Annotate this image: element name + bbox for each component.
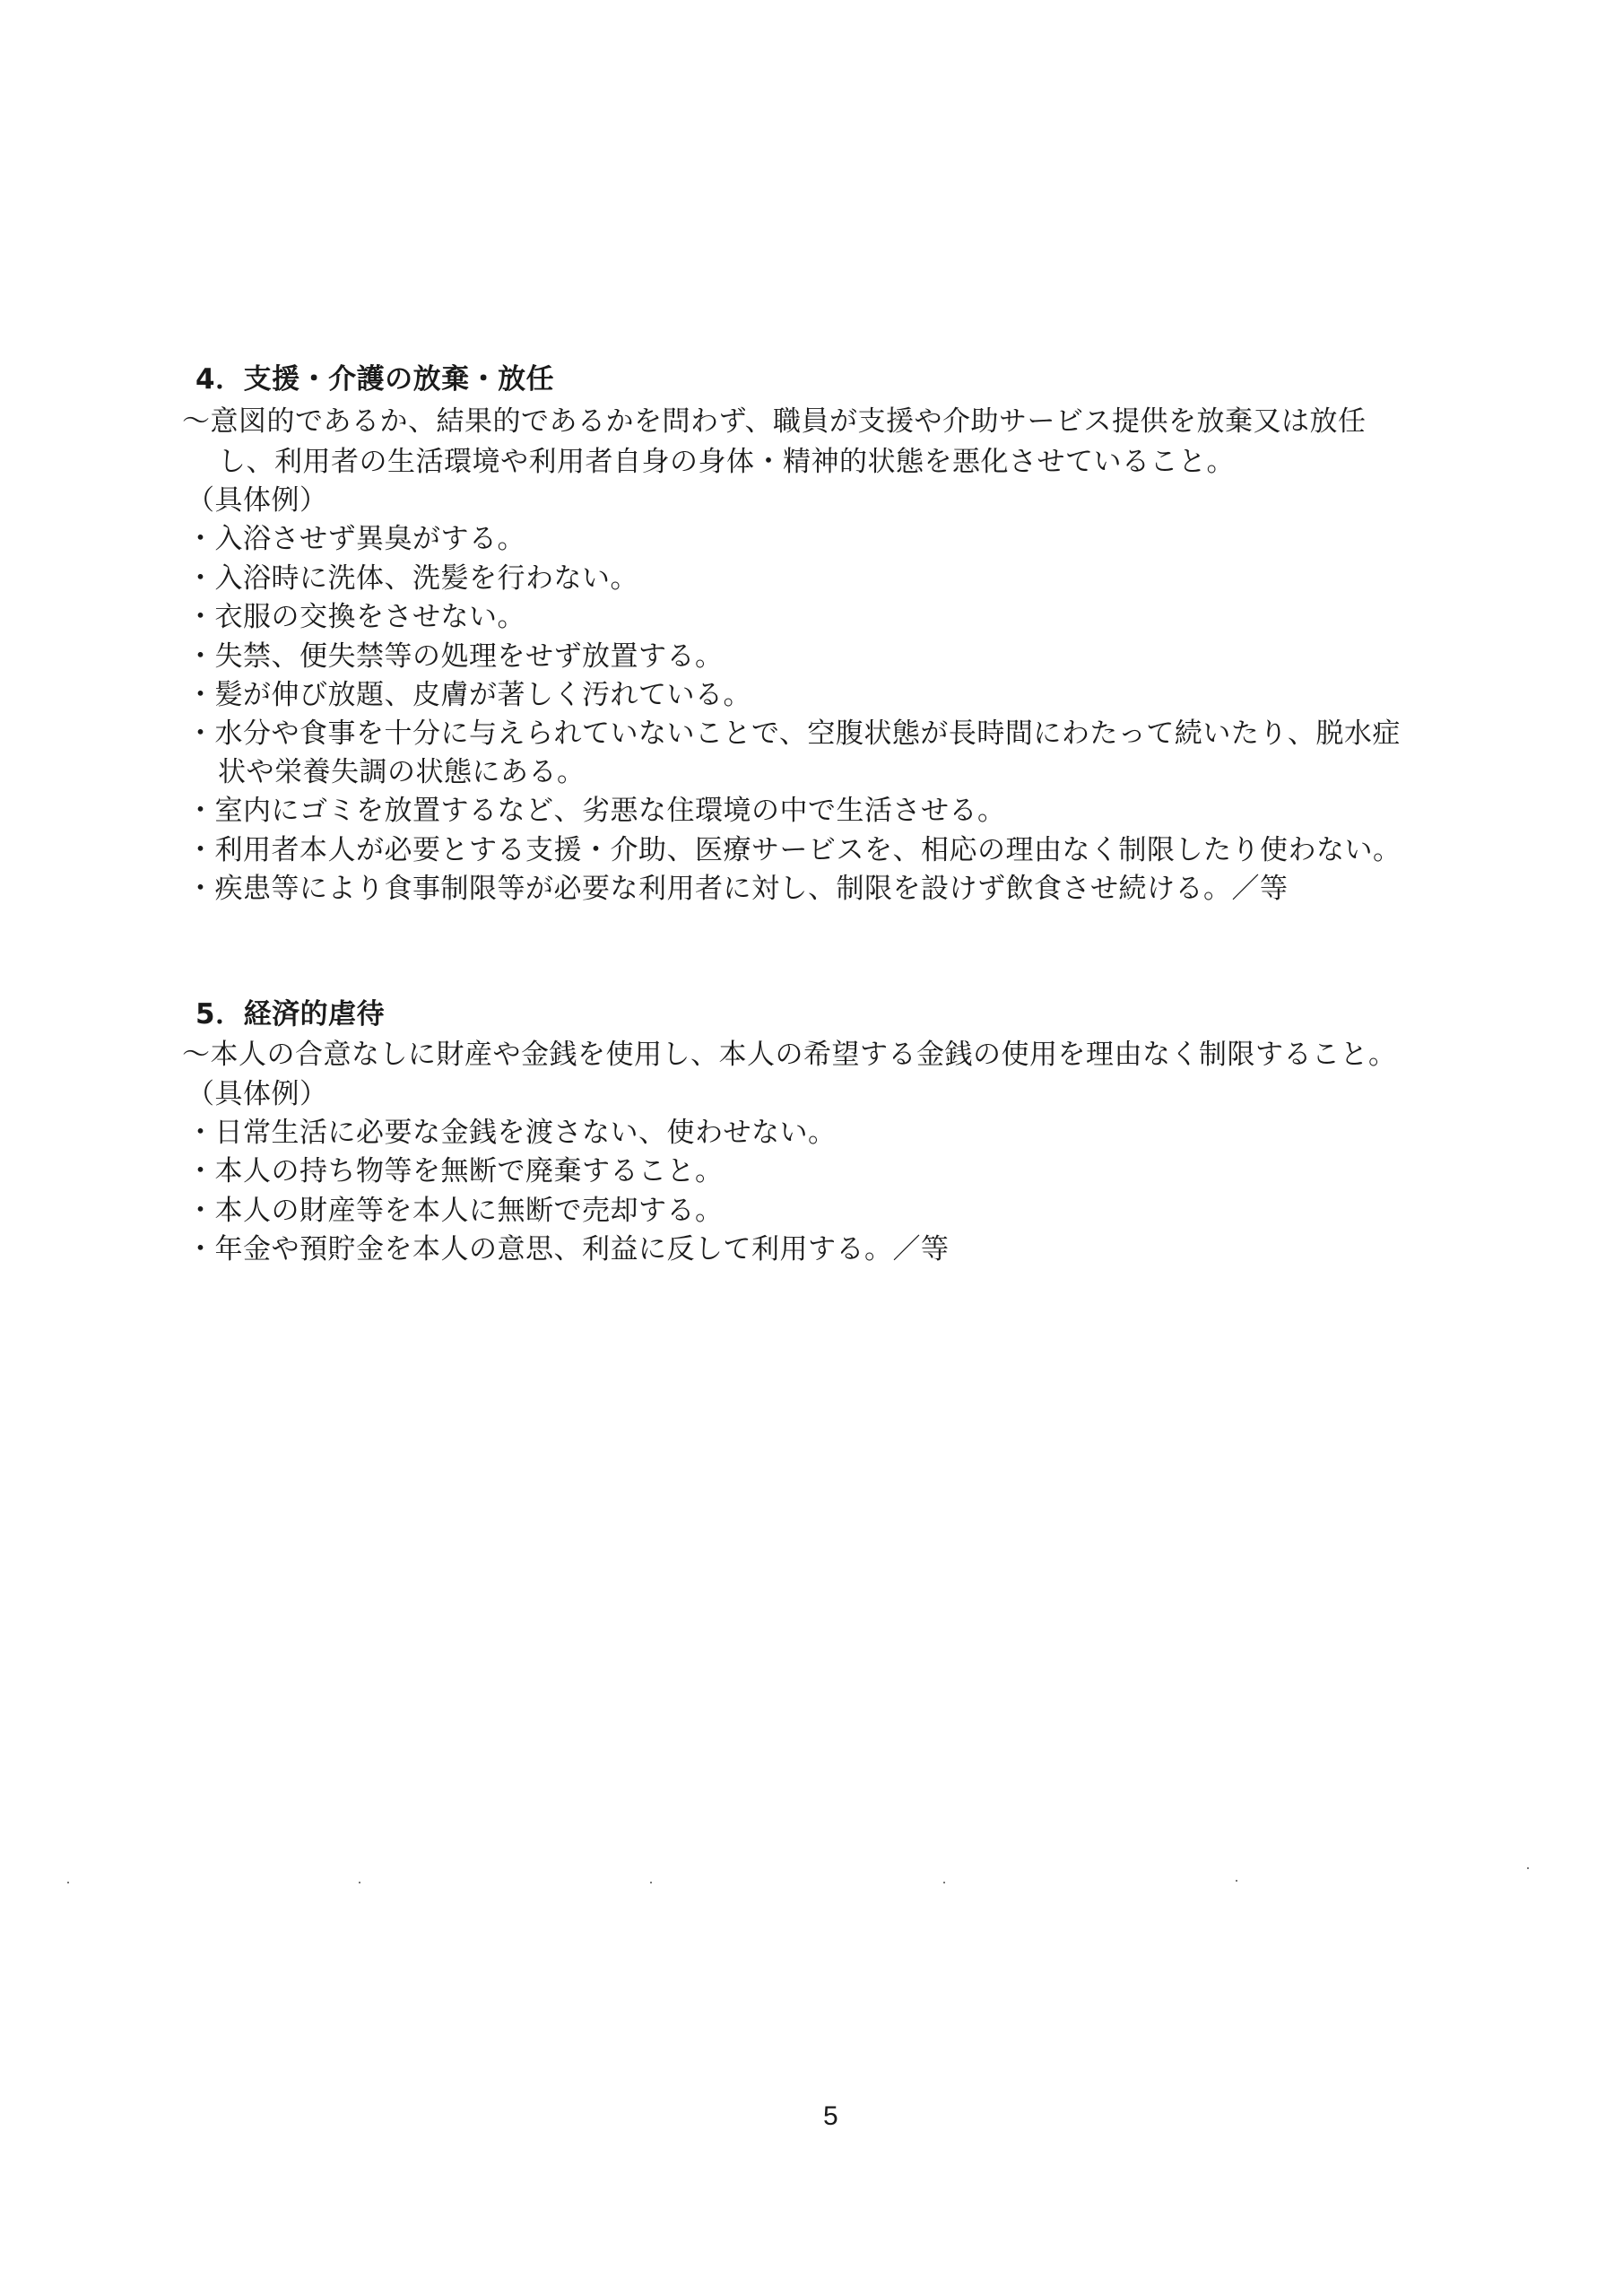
list-item: ・水分や食事を十分に与えられていないことで、空腹状態が長時間にわたって続いたり、… — [187, 717, 1401, 750]
scan-dot — [67, 1882, 69, 1883]
examples-label: （具体例） — [187, 1078, 328, 1110]
scan-dot — [1527, 1867, 1529, 1869]
list-item: ・室内にゴミを放置するなど、劣悪な住環境の中で生活させる。 — [187, 795, 1006, 827]
list-item: ・日常生活に必要な金銭を渡さない、使わせない。 — [187, 1117, 837, 1149]
list-item: ・本人の財産等を本人に無断で売却する。 — [187, 1195, 724, 1227]
scan-dot — [943, 1882, 945, 1883]
list-item: ・衣服の交換をさせない。 — [187, 601, 525, 633]
list-item-continuation: 状や栄養失調の状態にある。 — [218, 756, 586, 788]
section-heading: 4．支援・介護の放棄・放任 — [195, 363, 554, 396]
list-item: ・疾患等により食事制限等が必要な利用者に対し、制限を設けず飲食させ続ける。／等 — [187, 873, 1289, 905]
list-item: ・髪が伸び放題、皮膚が著しく汚れている。 — [187, 679, 751, 711]
page-number: 5 — [823, 2101, 838, 2132]
list-item: ・年金や預貯金を本人の意思、利益に反して利用する。／等 — [187, 1233, 950, 1265]
list-item: ・入浴させず異臭がする。 — [187, 523, 525, 555]
list-item: ・利用者本人が必要とする支援・介助、医療サービスを、相応の理由なく制限したり使わ… — [187, 834, 1402, 866]
list-item: ・入浴時に洗体、洗髪を行わない。 — [187, 562, 638, 595]
definition-line: し、利用者の生活環境や利用者自身の身体・精神的状態を悪化させていること。 — [218, 446, 1235, 478]
section-heading: 5．経済的虐待 — [195, 998, 385, 1031]
scan-dot — [1236, 1880, 1237, 1882]
scan-dot — [359, 1882, 360, 1883]
list-item: ・失禁、便失禁等の処理をせず放置する。 — [187, 640, 724, 673]
list-item: ・本人の持ち物等を無断で廃棄すること。 — [187, 1155, 724, 1187]
definition-line: 〜本人の合意なしに財産や金銭を使用し、本人の希望する金銭の使用を理由なく制限する… — [182, 1039, 1397, 1071]
examples-label: （具体例） — [187, 484, 328, 517]
scan-dot — [650, 1882, 652, 1883]
definition-line: 〜意図的であるか、結果的であるかを問わず、職員が支援や介助サービス提供を放棄又は… — [182, 405, 1367, 438]
